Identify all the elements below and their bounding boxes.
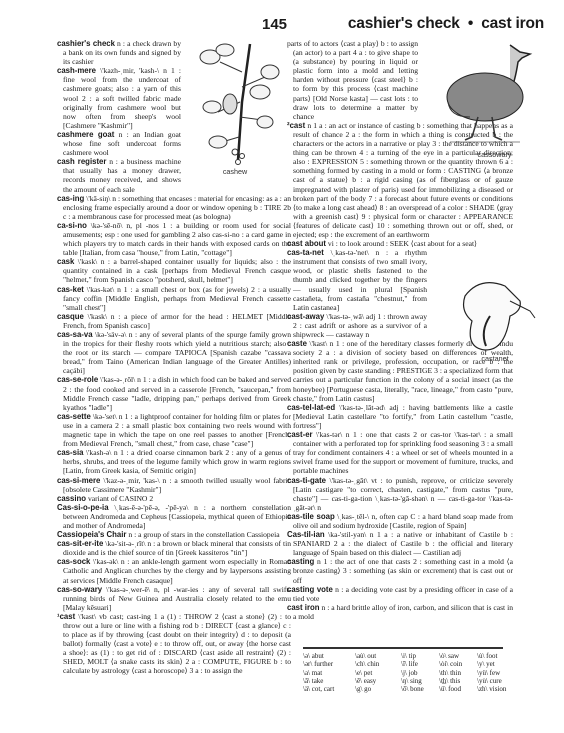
pronunciation-key-cell: \y\ yet bbox=[477, 660, 517, 668]
entry-definition: \kə-'set\ n 1 : a lightproof container f… bbox=[63, 412, 291, 448]
pronunciation-key-cell: \ȯ\ saw bbox=[439, 652, 477, 660]
pronunciation-key: \ə\ abut\au̇\ out\i\ tip\ȯ\ saw\u̇\ foot… bbox=[303, 647, 503, 693]
entry-headword: cashmere goat bbox=[57, 130, 114, 139]
guide-word-first: cashier's check bbox=[348, 15, 460, 32]
entry-definition: \'kash-ə\ n 1 : a dried coarse cinnamon … bbox=[63, 448, 291, 475]
pronunciation-key-cell: \ŋ\ sing bbox=[401, 677, 439, 685]
entry-definition: \'kas-kət\ n 1 : a small chest or box (a… bbox=[63, 285, 291, 312]
dictionary-entry: cashier's check n : a check drawn by a b… bbox=[57, 39, 181, 66]
entry-headword: casque bbox=[57, 312, 84, 321]
entry-definition: \kə-'sē-nō\ n, pl -nos 1 : a building or… bbox=[63, 221, 291, 257]
cashew-illustration: cashew bbox=[183, 42, 287, 176]
dictionary-entry: Cas-til-ian \ka-'stil-yən\ n 1 a : a nat… bbox=[287, 530, 513, 557]
entry-headword: cas-sette bbox=[57, 412, 91, 421]
entry-headword: ¹cast bbox=[57, 612, 75, 621]
entry-headword: casting vote bbox=[287, 585, 333, 594]
pronunciation-key-cell: \g\ go bbox=[355, 685, 401, 693]
pronunciation-key-cell: \yu̇\ cure bbox=[477, 677, 517, 685]
entry-definition: \'kas-ə-ˌrōl\ n 1 : a dish in which food… bbox=[63, 375, 291, 411]
entry-definition: \'kast\ vb cast; cast-ing 1 a (1) : THRO… bbox=[63, 612, 291, 676]
cassowary-caption: cassowary bbox=[425, 150, 564, 159]
dictionary-entry: cast-away \'kas-tə-ˌwā\ adj 1 : thrown a… bbox=[287, 312, 427, 339]
entry-headword: cas-ket bbox=[57, 285, 84, 294]
entry-headword: cashier's check bbox=[57, 39, 115, 48]
dictionary-entry: cas-sette \kə-'set\ n 1 : a lightproof c… bbox=[57, 412, 291, 448]
dictionary-entry: cas-ket \'kas-kət\ n 1 : a small chest o… bbox=[57, 285, 291, 312]
dictionary-entry: cast about vi : to look around : SEEK ⟨c… bbox=[287, 239, 513, 248]
pronunciation-key-cell: \ā\ take bbox=[303, 677, 355, 685]
entry-definition: \'kā-siŋ\ n : something that encases : m… bbox=[63, 194, 291, 221]
pronunciation-key-cell: \u̇\ foot bbox=[477, 652, 517, 660]
entry-definition: \'kazh-ˌmir, 'kash-\ n 1 : fine wool fro… bbox=[63, 66, 181, 130]
entry-definition: \ˌkas-tə-'net\ n : a rhythm instrument t… bbox=[293, 248, 427, 312]
entry-definition: \'kas-tə-ˌgāt\ vt : to punish, reprove, … bbox=[293, 476, 513, 512]
entry-headword: cash register bbox=[57, 157, 106, 166]
dictionary-entry: casting n 1 : the act of one that casts … bbox=[287, 557, 513, 584]
entry-headword: cas-ta-net bbox=[287, 248, 324, 257]
pronunciation-key-cell: \ə\ abut bbox=[303, 652, 355, 660]
entry-headword: cas-sia bbox=[57, 448, 83, 457]
entry-definition: n : a hard brittle alloy of iron, carbon… bbox=[293, 603, 513, 621]
dictionary-entry: cash register n : a business machine tha… bbox=[57, 157, 181, 193]
entry-headword: cast-away bbox=[287, 312, 324, 321]
dictionary-entry: cas-so-wary \'kas-ə-ˌwer-ē\ n, pl -war-i… bbox=[57, 585, 291, 612]
dictionary-entry: Cas-si-o-pe-ia \ˌkas-ē-ə-'pē-ə, -'pē-yə\… bbox=[57, 503, 291, 530]
entry-definition: \'kas-tər\ n 1 : one that casts 2 or cas… bbox=[293, 430, 513, 475]
dictionary-entry: cas-sia \'kash-ə\ n 1 : a dried coarse c… bbox=[57, 448, 291, 475]
entry-definition: \ka-'stil-yən\ n 1 a : a native or inhab… bbox=[293, 530, 513, 557]
dictionary-entry: casting vote n : a deciding vote cast by… bbox=[287, 585, 513, 603]
pronunciation-key-cell: \yü\ few bbox=[477, 669, 517, 677]
dictionary-entry: cashmere goat n : an Indian goat whose f… bbox=[57, 130, 181, 157]
dictionary-entry: cas-si-mere \'kaz-ə-ˌmir, 'kas-\ n : a s… bbox=[57, 476, 291, 494]
entry-headword: cas-sa-va bbox=[57, 330, 93, 339]
entry-headword: cas-ing bbox=[57, 194, 84, 203]
entry-headword: cas-tile soap bbox=[287, 512, 335, 521]
entry-definition: \'kask\ n : a piece of armor for the hea… bbox=[63, 312, 291, 330]
castanet-icon bbox=[450, 276, 540, 354]
entry-headword: cassino bbox=[57, 494, 86, 503]
pronunciation-key-cell: \j\ job bbox=[401, 669, 439, 677]
pronunciation-key-cell: \e\ pet bbox=[355, 669, 401, 677]
dictionary-entry: Cassiopeia's Chair n : a group of stars … bbox=[57, 530, 291, 539]
guide-word-last: cast iron bbox=[481, 15, 544, 32]
entry-headword: cas-tel-lat-ed bbox=[287, 403, 335, 412]
dictionary-entry: ¹cast \'kast\ vb cast; cast-ing 1 a (1) … bbox=[57, 612, 291, 676]
pronunciation-key-cell: \ch\ chin bbox=[355, 660, 401, 668]
entry-headword: Cassiopeia's Chair bbox=[57, 530, 126, 539]
cashew-caption: cashew bbox=[183, 167, 287, 176]
entry-headword: cask bbox=[57, 257, 74, 266]
pronunciation-key-cell: \t͟h\ this bbox=[439, 677, 477, 685]
page-number: 145 bbox=[262, 16, 287, 33]
pronunciation-key-cell: \ō\ bone bbox=[401, 685, 439, 693]
castanet-caption: castanet bbox=[440, 354, 550, 363]
entry-definition: \kə-'säv-ə\ n : any of several plants of… bbox=[63, 330, 291, 375]
entry-headword: cas-se-role bbox=[57, 375, 98, 384]
dictionary-entry: cas-tile soap \ˌkas-ˌtēl-\ n, often cap … bbox=[287, 512, 513, 530]
entry-headword: casting bbox=[287, 557, 314, 566]
dictionary-entry: cast iron n : a hard brittle alloy of ir… bbox=[287, 603, 513, 621]
dictionary-entry: cas-ti-gate \'kas-tə-ˌgāt\ vt : to punis… bbox=[287, 476, 513, 512]
pronunciation-key-cell: \i\ tip bbox=[401, 652, 439, 660]
entry-headword: Cas-til-ian bbox=[287, 530, 325, 539]
pronunciation-key-cell: \th\ thin bbox=[439, 669, 477, 677]
entry-headword: cas-sit-er-ite bbox=[57, 539, 103, 548]
pronunciation-key-cell: \zh\ vision bbox=[477, 685, 517, 693]
dictionary-entry: parts of to actors ⟨cast a play⟩ b : to … bbox=[287, 39, 418, 121]
entry-headword: cash-mere bbox=[57, 66, 96, 75]
entry-definition: n : a group of stars in the constellatio… bbox=[126, 530, 279, 539]
dictionary-entry: cas-sa-va \kə-'säv-ə\ n : any of several… bbox=[57, 330, 291, 375]
entry-definition: vi : to look around : SEEK ⟨cast about f… bbox=[326, 239, 477, 248]
dictionary-entry: cas-sit-er-ite \kə-'sit-ə-ˌrīt\ n : a br… bbox=[57, 539, 291, 557]
entry-definition: variant of CASINO 2 bbox=[86, 494, 153, 503]
dictionary-entry: cas-ing \'kā-siŋ\ n : something that enc… bbox=[57, 194, 291, 221]
guide-word-separator: • bbox=[468, 15, 473, 32]
entry-definition: parts of to actors ⟨cast a play⟩ b : to … bbox=[287, 39, 418, 121]
cassowary-illustration: cassowary bbox=[425, 42, 564, 159]
pronunciation-key-cell: \au̇\ out bbox=[355, 652, 401, 660]
castanet-illustration: castanet bbox=[440, 276, 550, 363]
entry-definition: \'kas-ək\ n : an ankle-length garment wo… bbox=[63, 557, 291, 584]
dictionary-entry: cas-ta-net \ˌkas-tə-'net\ n : a rhythm i… bbox=[287, 248, 427, 312]
entry-headword: cas-sock bbox=[57, 557, 90, 566]
dictionary-entry: cast-er \'kas-tər\ n 1 : one that casts … bbox=[287, 430, 513, 475]
cassowary-icon bbox=[440, 42, 550, 150]
pronunciation-key-cell: \ē\ easy bbox=[355, 677, 401, 685]
dictionary-entry: cask \'kask\ n : a barrel-shaped contain… bbox=[57, 257, 291, 284]
entry-headword: cas-so-wary bbox=[57, 585, 102, 594]
entry-definition: n 1 : the act of one that casts 2 : some… bbox=[293, 557, 513, 584]
entry-headword: Cas-si-o-pe-ia bbox=[57, 503, 109, 512]
entry-headword: cast-er bbox=[287, 430, 313, 439]
dictionary-entry: cassino variant of CASINO 2 bbox=[57, 494, 291, 503]
dictionary-entry: casque \'kask\ n : a piece of armor for … bbox=[57, 312, 291, 330]
entry-headword: ca-si-no bbox=[57, 221, 87, 230]
dictionary-entry: ca-si-no \kə-'sē-nō\ n, pl -nos 1 : a bu… bbox=[57, 221, 291, 257]
dictionary-entry: cas-sock \'kas-ək\ n : an ankle-length g… bbox=[57, 557, 291, 584]
entry-headword: caste bbox=[287, 339, 307, 348]
pronunciation-key-cell: \ȯi\ coin bbox=[439, 660, 477, 668]
guide-words: cashier's check • cast iron bbox=[348, 15, 544, 33]
pronunciation-key-cell: \a\ mat bbox=[303, 669, 355, 677]
pronunciation-key-cell: \ä\ cot, cart bbox=[303, 685, 355, 693]
entry-definition: \'kask\ n : a barrel-shaped container us… bbox=[63, 257, 291, 284]
dictionary-entry: cash-mere \'kazh-ˌmir, 'kash-\ n 1 : fin… bbox=[57, 66, 181, 130]
entry-headword: cast about bbox=[287, 239, 326, 248]
entry-headword: ²cast bbox=[287, 121, 305, 130]
dictionary-entry: cas-tel-lat-ed \'kas-tə-ˌlāt-əd\ adj : h… bbox=[287, 403, 513, 430]
entry-headword: cas-ti-gate bbox=[287, 476, 326, 485]
entry-headword: cas-si-mere bbox=[57, 476, 100, 485]
entry-headword: cast iron bbox=[287, 603, 320, 612]
dictionary-entry: cas-se-role \'kas-ə-ˌrōl\ n 1 : a dish i… bbox=[57, 375, 291, 411]
pronunciation-key-cell: \ü\ food bbox=[439, 685, 477, 693]
pronunciation-key-cell: \ər\ further bbox=[303, 660, 355, 668]
cashew-icon bbox=[190, 42, 280, 167]
pronunciation-key-cell: \ī\ life bbox=[401, 660, 439, 668]
